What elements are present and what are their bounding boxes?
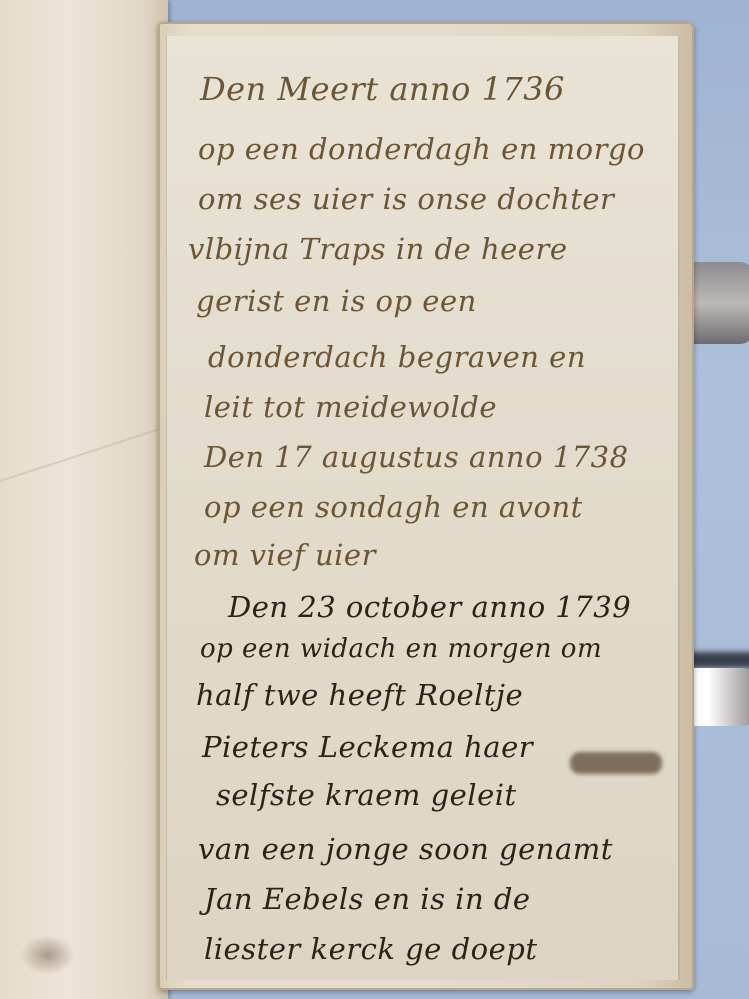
entry1-line6: donderdach begraven en bbox=[208, 340, 586, 374]
entry1-line5: gerist en is op een bbox=[196, 284, 477, 318]
page-fold-crease bbox=[0, 428, 160, 482]
entry3-line4: Pieters Leckema haer bbox=[202, 730, 533, 764]
manuscript-page: Den Meert anno 1736 op een donderdagh en… bbox=[158, 22, 694, 990]
entry2-line3: om vief uier bbox=[194, 538, 376, 572]
entry1-line4: vlbijna Traps in de heere bbox=[188, 232, 567, 266]
page-stain bbox=[20, 935, 75, 975]
entry1-line2: op een donderdagh en morgo bbox=[198, 132, 645, 166]
entry3-line8: liester kerck ge doept bbox=[204, 932, 537, 966]
entry3-line1: Den 23 october anno 1739 bbox=[228, 590, 631, 624]
entry3-line2: op een widach en morgen om bbox=[200, 634, 602, 664]
entry1-line3: om ses uier is onse dochter bbox=[198, 182, 614, 216]
ink-smudge bbox=[570, 752, 662, 774]
entry3-line5: selfste kraem geleit bbox=[216, 778, 517, 812]
entry3-line3: half twe heeft Roeltje bbox=[196, 678, 523, 712]
entry2-line2: op een sondagh en avont bbox=[204, 490, 583, 524]
facing-left-page bbox=[0, 0, 168, 999]
entry1-line7: leit tot meidewolde bbox=[204, 390, 497, 424]
entry1-line1: Den Meert anno 1736 bbox=[200, 70, 565, 108]
entry3-line6: van een jonge soon genamt bbox=[198, 832, 613, 866]
entry3-line7: Jan Eebels en is in de bbox=[204, 882, 531, 916]
entry2-line1: Den 17 augustus anno 1738 bbox=[204, 440, 629, 474]
